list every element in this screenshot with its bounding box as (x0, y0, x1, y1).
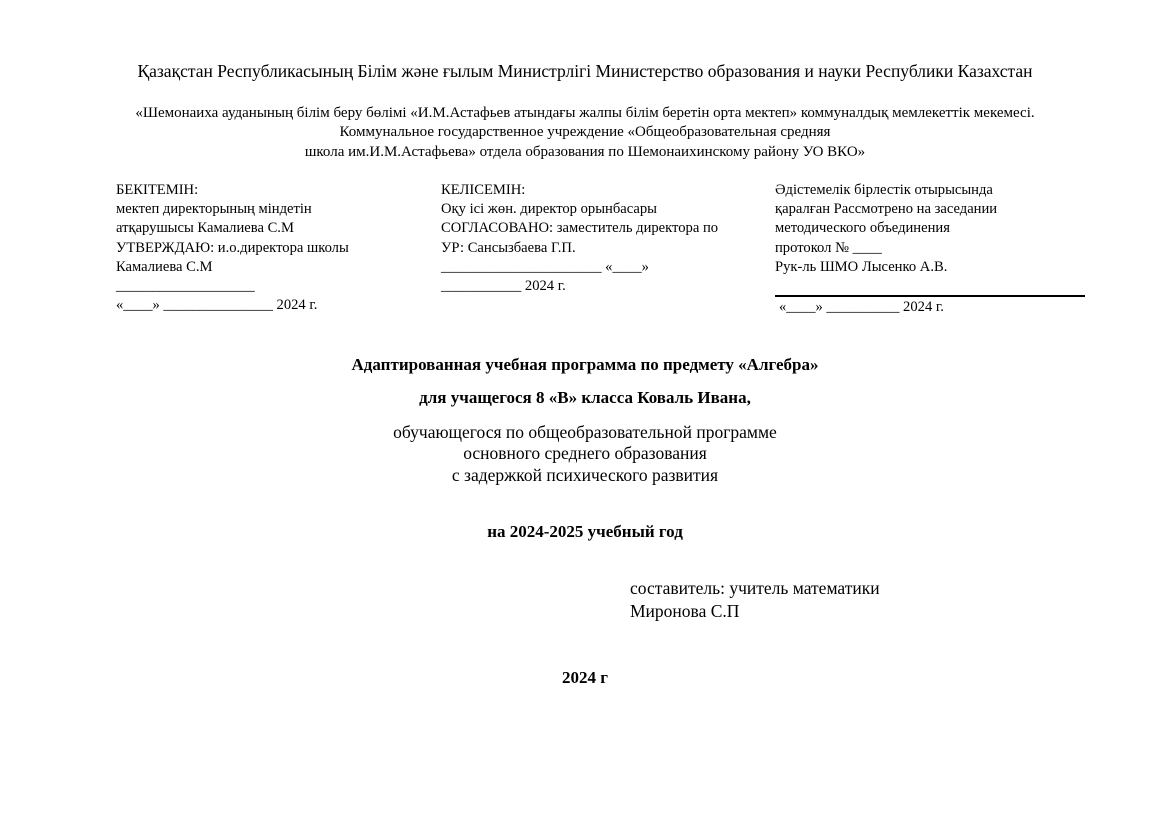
reviewed-date-line: «____» __________ 2024 г. (775, 298, 1085, 317)
author-role: составитель: учитель математики (630, 577, 880, 599)
agree-signatory: УР: Сансызбаева Г.П. (441, 239, 718, 258)
reviewed-signatory: Рук-ль ШМО Лысенко А.В. (775, 258, 1085, 277)
approve-line: УТВЕРЖДАЮ: и.о.директора школы (116, 239, 349, 258)
approval-block-approve: БЕКІТЕМІН: мектеп директорының міндетін … (116, 181, 349, 315)
organization-line-ru-2: школа им.И.М.Астафьева» отдела образован… (0, 143, 1170, 162)
signature-rule (775, 295, 1085, 297)
approve-heading: БЕКІТЕМІН: (116, 181, 349, 200)
student-line: для учащегося 8 «В» класса Коваль Ивана, (0, 387, 1170, 409)
ministry-heading: Қазақстан Республикасының Білім және ғыл… (0, 60, 1170, 82)
description-line: с задержкой психического развития (0, 465, 1170, 486)
description-line: основного среднего образования (0, 443, 1170, 464)
reviewed-line: қаралған Рассмотрено на заседании (775, 200, 1085, 219)
organization-line-kz: «Шемонаиха ауданының білім беру бөлімі «… (0, 104, 1170, 123)
approve-date-line: «____» _______________ 2024 г. (116, 296, 349, 315)
footer-year: 2024 г (0, 667, 1170, 689)
reviewed-heading: Әдістемелік бірлестік отырысында (775, 181, 1085, 200)
agree-line: СОГЛАСОВАНО: заместитель директора по (441, 219, 718, 238)
approve-line: атқарушысы Камалиева С.М (116, 219, 349, 238)
reviewed-line: методического объединения (775, 219, 1085, 238)
agree-date-line: ___________ 2024 г. (441, 277, 718, 296)
organization-line-ru-1: Коммунальное государственное учреждение … (0, 123, 1170, 142)
agree-heading: КЕЛІСЕМІН: (441, 181, 718, 200)
author-name: Миронова С.П (630, 600, 739, 622)
agree-signature-line: ______________________ «____» (441, 258, 718, 277)
approval-block-agree: КЕЛІСЕМІН: Оқу ісі жөн. директор орынбас… (441, 181, 718, 296)
approval-block-reviewed: Әдістемелік бірлестік отырысында қаралға… (775, 181, 1085, 317)
protocol-number-line: протокол № ____ (775, 239, 1085, 258)
approve-line: мектеп директорының міндетін (116, 200, 349, 219)
agree-line: Оқу ісі жөн. директор орынбасары (441, 200, 718, 219)
school-year: на 2024-2025 учебный год (0, 521, 1170, 543)
description-line: обучающегося по общеобразовательной прог… (0, 422, 1170, 443)
program-title: Адаптированная учебная программа по пред… (0, 354, 1170, 376)
approve-signatory: Камалиева С.М (116, 258, 349, 277)
approve-signature-line: ___________________ (116, 277, 349, 296)
